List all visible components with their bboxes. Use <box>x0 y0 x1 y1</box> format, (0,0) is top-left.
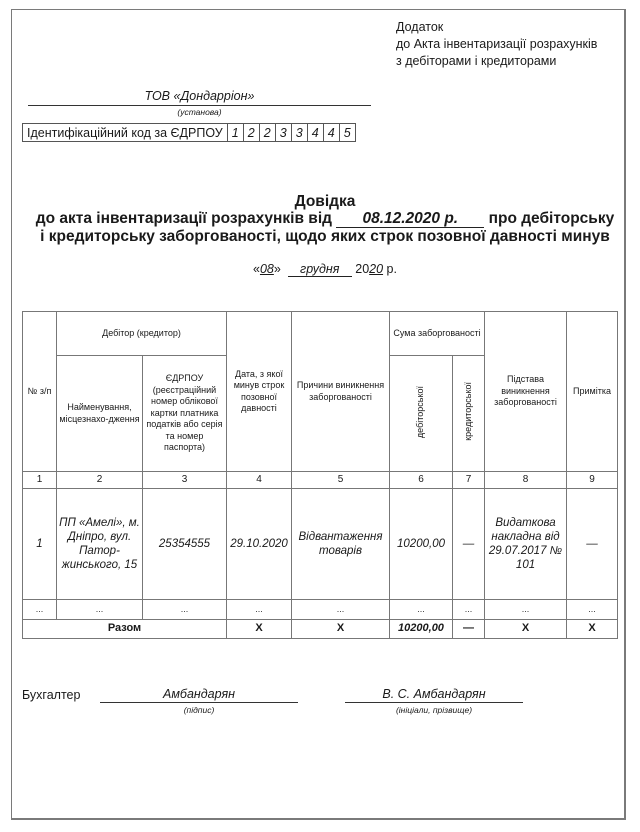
edrpou-digit[interactable]: 3 <box>275 124 291 142</box>
header-credit: кредиторської <box>453 356 485 472</box>
total-note: Х <box>567 620 618 639</box>
quote-close: » <box>274 262 281 276</box>
signature-caption: (підпис) <box>100 705 298 715</box>
appendix-line-1: Додаток <box>396 19 597 36</box>
ellipsis-cell: ... <box>453 600 485 620</box>
total-credit[interactable]: — <box>453 620 485 639</box>
header-sum-group: Сума заборгованості <box>390 312 485 356</box>
cell-date[interactable]: 29.10.2020 <box>227 489 292 600</box>
title-prefix: до акта інвентаризації розрахунків від <box>36 210 332 227</box>
ellipsis-cell: ... <box>390 600 453 620</box>
ellipsis-cell: ... <box>292 600 390 620</box>
date-month[interactable]: грудня <box>288 262 352 277</box>
cell-note[interactable]: — <box>567 489 618 600</box>
header-num: № з/п <box>23 312 57 472</box>
edrpou-digit[interactable]: 4 <box>307 124 323 142</box>
edrpou-code-table: Ідентифікаційний код за ЄДРПОУ 1 2 2 3 3… <box>22 123 356 142</box>
column-number: 2 <box>57 472 143 489</box>
header-date: Дата, з якої минув строк позовної давнос… <box>227 312 292 472</box>
date-year-prefix: 20 <box>355 262 369 276</box>
header-debit: дебіторської <box>390 356 453 472</box>
date-year-suffix[interactable]: 20 <box>369 262 383 276</box>
signature-field[interactable]: Амбандарян <box>100 687 298 703</box>
appendix-line-3: з дебіторами і кредиторами <box>396 53 597 70</box>
column-number: 4 <box>227 472 292 489</box>
title-line-2: до акта інвентаризації розрахунків від 0… <box>20 210 630 228</box>
header-debit-label: дебіторської <box>415 386 427 438</box>
date-year-unit: р. <box>387 262 397 276</box>
column-number: 3 <box>143 472 227 489</box>
total-row: Разом Х Х 10200,00 — Х Х <box>23 620 618 639</box>
cell-credit[interactable]: — <box>453 489 485 600</box>
header-reasons: Причини виникнення заборгованості <box>292 312 390 472</box>
header-edrpou: ЄДРПОУ (реєстраційний номер облікової ка… <box>143 356 227 472</box>
edrpou-digit[interactable]: 4 <box>323 124 339 142</box>
title-heading: Довідка <box>20 193 630 210</box>
header-note: Примітка <box>567 312 618 472</box>
column-number: 1 <box>23 472 57 489</box>
ellipsis-cell: ... <box>485 600 567 620</box>
signatory-name-field[interactable]: В. С. Амбандарян <box>345 687 523 703</box>
header-name: Найменування, місцезнахо-дження <box>57 356 143 472</box>
cell-edrpou[interactable]: 25354555 <box>143 489 227 600</box>
total-label: Разом <box>23 620 227 639</box>
ellipsis-cell: ... <box>143 600 227 620</box>
edrpou-digit[interactable]: 2 <box>243 124 259 142</box>
column-number: 6 <box>390 472 453 489</box>
cell-reason[interactable]: Відвантаження товарів <box>292 489 390 600</box>
column-number: 7 <box>453 472 485 489</box>
ellipsis-cell: ... <box>227 600 292 620</box>
total-reason: Х <box>292 620 390 639</box>
ellipsis-cell: ... <box>23 600 57 620</box>
edrpou-digit[interactable]: 5 <box>339 124 355 142</box>
cell-debit[interactable]: 10200,00 <box>390 489 453 600</box>
header-basis: Підстава виникнення заборгованості <box>485 312 567 472</box>
ellipsis-cell: ... <box>567 600 618 620</box>
column-number: 8 <box>485 472 567 489</box>
appendix-note: Додаток до Акта інвентаризації розрахунк… <box>396 19 597 70</box>
edrpou-digit[interactable]: 2 <box>259 124 275 142</box>
title-suffix: про дебіторську <box>489 210 615 227</box>
cell-name[interactable]: ПП «Амелі», м. Дніпро, вул. Патор-жинськ… <box>57 489 143 600</box>
column-number: 9 <box>567 472 618 489</box>
date-day[interactable]: 08 <box>260 262 274 276</box>
total-debit[interactable]: 10200,00 <box>390 620 453 639</box>
title-line-3: і кредиторську заборгованості, щодо яких… <box>20 228 630 245</box>
document-title: Довідка до акта інвентаризації розрахунк… <box>20 193 630 245</box>
act-date-field[interactable]: 08.12.2020 р. <box>336 210 484 228</box>
edrpou-digit[interactable]: 3 <box>291 124 307 142</box>
column-numbers-row: 1 2 3 4 5 6 7 8 9 <box>23 472 618 489</box>
ellipsis-row: ... ... ... ... ... ... ... ... ... <box>23 600 618 620</box>
receivables-table: № з/п Дебітор (кредитор) Дата, з якої ми… <box>22 311 618 639</box>
edrpou-label: Ідентифікаційний код за ЄДРПОУ <box>23 124 228 142</box>
organization-name[interactable]: ТОВ «Дондарріон» <box>28 89 371 106</box>
column-number: 5 <box>292 472 390 489</box>
signatory-name-caption: (ініціали, прізвище) <box>345 705 523 715</box>
appendix-line-2: до Акта інвентаризації розрахунків <box>396 36 597 53</box>
total-basis: Х <box>485 620 567 639</box>
cell-num[interactable]: 1 <box>23 489 57 600</box>
header-debtor-group: Дебітор (кредитор) <box>57 312 227 356</box>
edrpou-digit[interactable]: 1 <box>227 124 243 142</box>
signatory-role: Бухгалтер <box>22 688 80 702</box>
ellipsis-cell: ... <box>57 600 143 620</box>
table-row: 1 ПП «Амелі», м. Дніпро, вул. Патор-жинс… <box>23 489 618 600</box>
total-date: Х <box>227 620 292 639</box>
document-date: «08» грудня 2020 р. <box>20 262 630 277</box>
header-credit-label: кредиторської <box>463 382 475 441</box>
cell-basis[interactable]: Видаткова накладна від 29.07.2017 № 101 <box>485 489 567 600</box>
organization-caption: (установа) <box>28 107 371 117</box>
quote-open: « <box>253 262 260 276</box>
